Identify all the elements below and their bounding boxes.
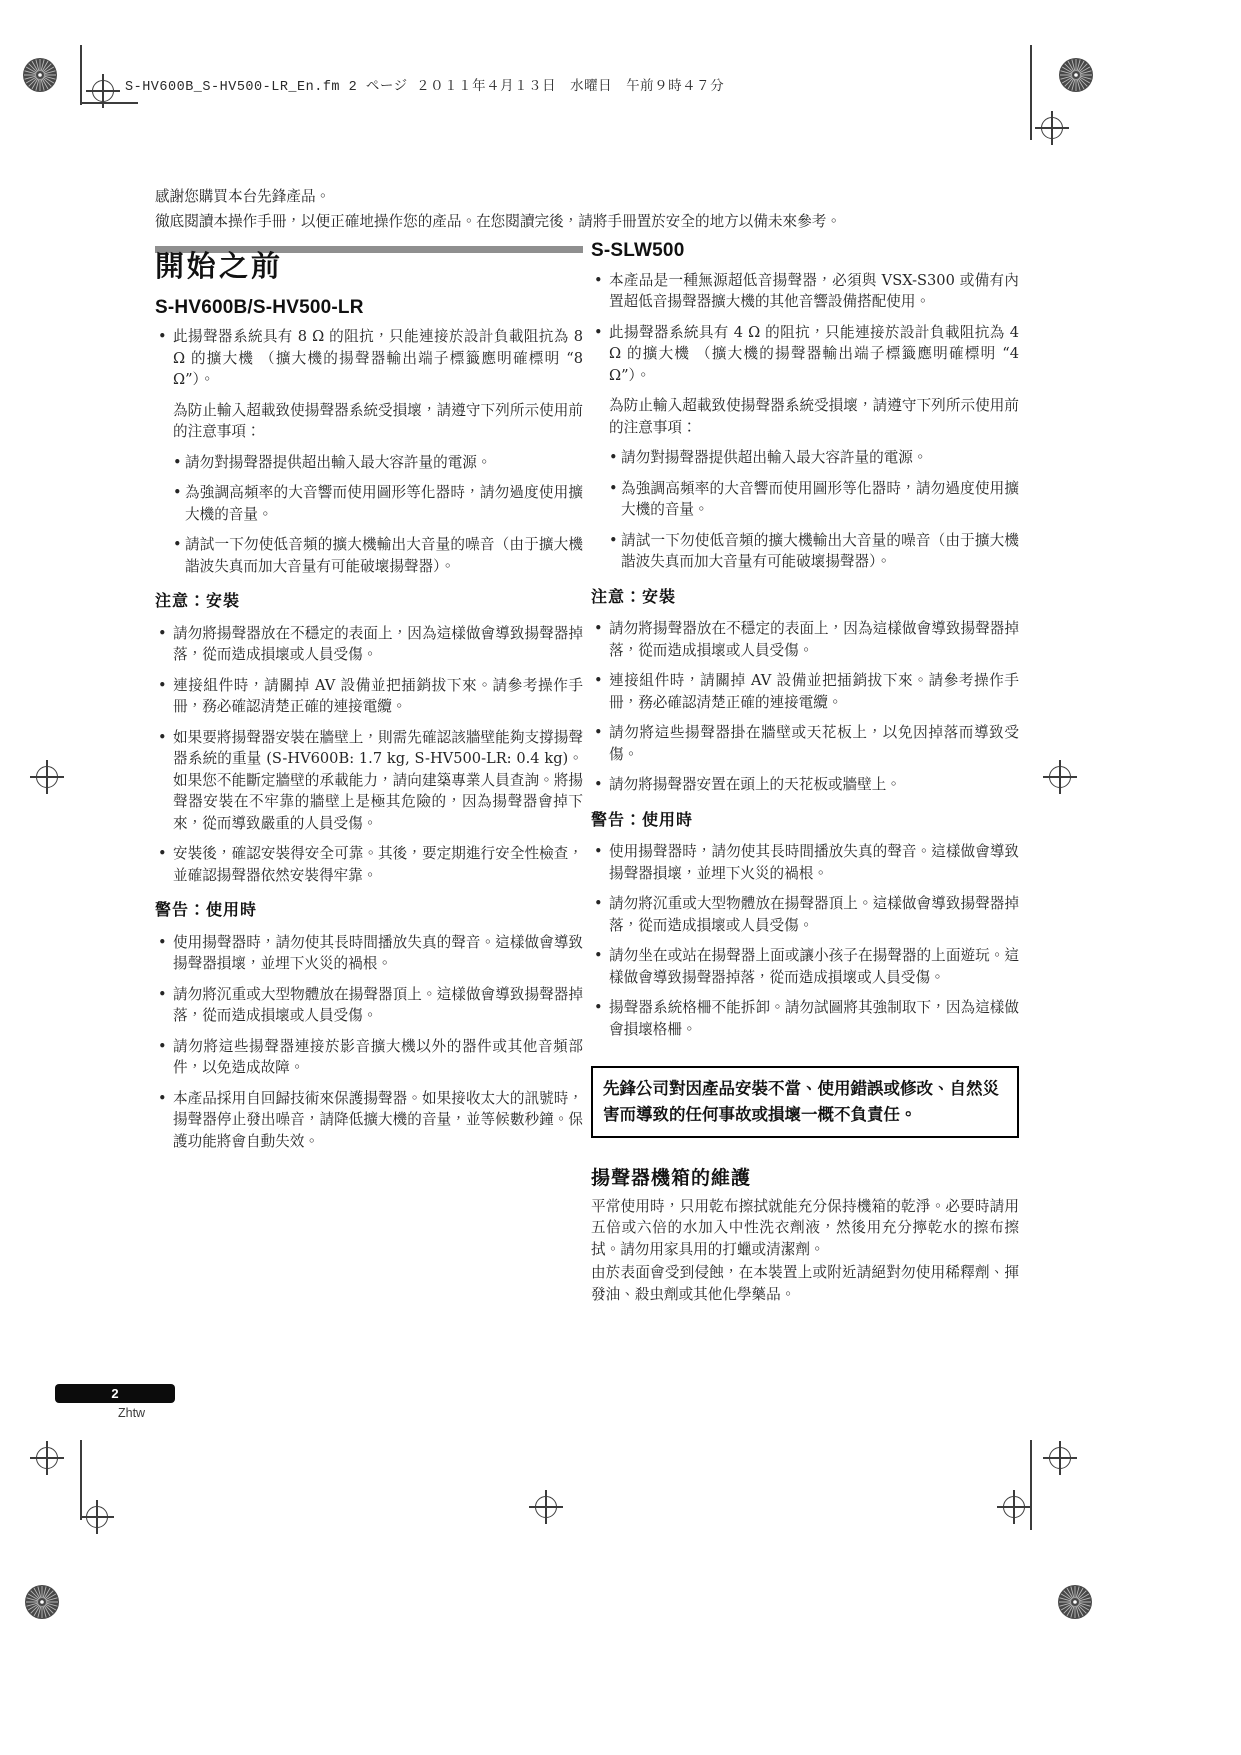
list-item: 請試一下勿使低音頻的擴大機輸出大音量的噪音（由于擴大機諧波失真而加大音量有可能破… [609,530,1019,573]
crop-mark-line [80,45,82,105]
registration-dot-icon [1056,1583,1094,1621]
list-item: 此揚聲器系統具有 8 Ω 的阻抗，只能連接於設計負載阻抗為 8 Ω 的擴大機 （… [155,326,583,391]
crop-mark-line [1030,45,1032,140]
page-header: S-HV600B_S-HV500-LR_En.fm 2 ページ ２０１１年４月１… [125,74,1025,95]
registration-target-icon [1043,1441,1077,1475]
maintenance-paragraph: 由於表面會受到侵蝕，在本裝置上或附近請絕對勿使用稀釋劑、揮發油、殺虫劑或其他化學… [591,1262,1019,1305]
intro-paragraph: 徹底閱讀本操作手冊，以便正確地操作您的產品。在您閱讀完後，請將手冊置於安全的地方… [155,211,1035,233]
registration-target-icon [30,1441,64,1475]
maintenance-heading: 揚聲器機箱的維護 [591,1168,1019,1190]
list-item: 請勿將沉重或大型物體放在揚聲器頂上。這樣做會導致揚聲器掉落，從而造成損壞或人員受… [591,893,1019,936]
list-item: 請勿將沉重或大型物體放在揚聲器頂上。這樣做會導致揚聲器掉落，從而造成損壞或人員受… [155,984,583,1027]
registration-target-icon [1043,760,1077,794]
list-item: 請勿將這些揚聲器掛在牆壁或天花板上，以免因掉落而導致受傷。 [591,722,1019,765]
list-item: 揚聲器系統格柵不能拆卸。請勿試圖將其強制取下，因為這樣做會損壞格柵。 [591,997,1019,1040]
list-item: 本產品採用自回歸技術來保護揚聲器。如果接收太大的訊號時，揚聲器停止發出噪音，請降… [155,1088,583,1153]
list-item: 請勿對揚聲器提供超出輸入最大容許量的電源。 [609,447,1019,469]
registration-dot-icon [21,56,59,94]
list-item: 請勿對揚聲器提供超出輸入最大容許量的電源。 [173,452,583,474]
warning-heading: 警告：使用時 [155,900,583,922]
right-column: S-SLW500 本產品是一種無源超低音揚聲器，必須與 VSX-S300 或備有… [591,240,1019,1307]
registration-target-icon [86,74,120,108]
note-paragraph: 為防止輸入超載致使揚聲器系統受損壞，請遵守下列所示使用前的注意事項： [173,400,583,443]
registration-target-icon [80,1500,114,1534]
list-item: 為強調高頻率的大音響而使用圖形等化器時，請勿過度使用擴大機的音量。 [173,482,583,525]
list-item: 為強調高頻率的大音響而使用圖形等化器時，請勿過度使用擴大機的音量。 [609,478,1019,521]
caution-heading: 注意：安裝 [591,587,1019,609]
list-item: 本產品是一種無源超低音揚聲器，必須與 VSX-S300 或備有內置超低音揚聲器擴… [591,270,1019,313]
note-paragraph: 為防止輸入超載致使揚聲器系統受損壞，請遵守下列所示使用前的注意事項： [609,395,1019,438]
model-heading: S-HV600B/S-HV500-LR [155,297,583,319]
list-item: 安裝後，確認安裝得安全可靠。其後，要定期進行安全性檢查，並確認揚聲器依然安裝得牢… [155,843,583,886]
intro-block: 感謝您購買本台先鋒產品。 徹底閱讀本操作手冊，以便正確地操作您的產品。在您閱讀完… [155,186,1035,236]
list-item: 如果要將揚聲器安裝在牆壁上，則需先確認該牆壁能夠支撐揚聲器系統的重量 (S-HV… [155,727,583,835]
manual-page: S-HV600B_S-HV500-LR_En.fm 2 ページ ２０１１年４月１… [0,0,1241,1755]
maintenance-paragraph: 平常使用時，只用乾布擦拭就能充分保持機箱的乾淨。必要時請用五倍或六倍的水加入中性… [591,1196,1019,1261]
registration-target-icon [1035,111,1069,145]
list-item: 連接組件時，請關掉 AV 設備並把插銷拔下來。請參考操作手冊，務必確認清楚正確的… [155,675,583,718]
warning-heading: 警告：使用時 [591,810,1019,832]
registration-target-icon [529,1490,563,1524]
registration-dot-icon [23,1583,61,1621]
model-heading: S-SLW500 [591,240,1019,262]
list-item: 請勿將揚聲器安置在頭上的天花板或牆壁上。 [591,774,1019,796]
list-item: 使用揚聲器時，請勿使其長時間播放失真的聲音。這樣做會導致揚聲器損壞，並埋下火災的… [155,932,583,975]
caution-heading: 注意：安裝 [155,591,583,613]
list-item: 請勿坐在或站在揚聲器上面或讓小孩子在揚聲器的上面遊玩。這樣做會導致揚聲器掉落，從… [591,945,1019,988]
page-number-tab: 2 [55,1384,175,1403]
language-label: Zhtw [118,1406,145,1420]
maintenance-block: 平常使用時，只用乾布擦拭就能充分保持機箱的乾淨。必要時請用五倍或六倍的水加入中性… [591,1196,1019,1306]
list-item: 此揚聲器系統具有 4 Ω 的阻抗，只能連接於設計負載阻抗為 4 Ω 的擴大機 （… [591,322,1019,387]
registration-target-icon [997,1490,1031,1524]
list-item: 請勿將這些揚聲器連接於影音擴大機以外的器件或其他音頻部件，以免造成故障。 [155,1036,583,1079]
list-item: 請勿將揚聲器放在不穩定的表面上，因為這樣做會導致揚聲器掉落，從而造成損壞或人員受… [591,618,1019,661]
section-title: 開始之前 [155,257,583,279]
registration-dot-icon [1057,56,1095,94]
left-column: 開始之前 S-HV600B/S-HV500-LR 此揚聲器系統具有 8 Ω 的阻… [155,246,583,1161]
list-item: 連接組件時，請關掉 AV 設備並把插銷拔下來。請參考操作手冊，務必確認清楚正確的… [591,670,1019,713]
registration-target-icon [30,760,64,794]
list-item: 使用揚聲器時，請勿使其長時間播放失真的聲音。這樣做會導致揚聲器損壞，並埋下火災的… [591,841,1019,884]
list-item: 請勿將揚聲器放在不穩定的表面上，因為這樣做會導致揚聲器掉落，從而造成損壞或人員受… [155,623,583,666]
intro-paragraph: 感謝您購買本台先鋒產品。 [155,186,1035,208]
disclaimer-box: 先鋒公司對因產品安裝不當、使用錯誤或修改、自然災害而導致的任何事故或損壞一概不負… [591,1066,1019,1138]
list-item: 請試一下勿使低音頻的擴大機輸出大音量的噪音（由于擴大機諧波失真而加大音量有可能破… [173,534,583,577]
